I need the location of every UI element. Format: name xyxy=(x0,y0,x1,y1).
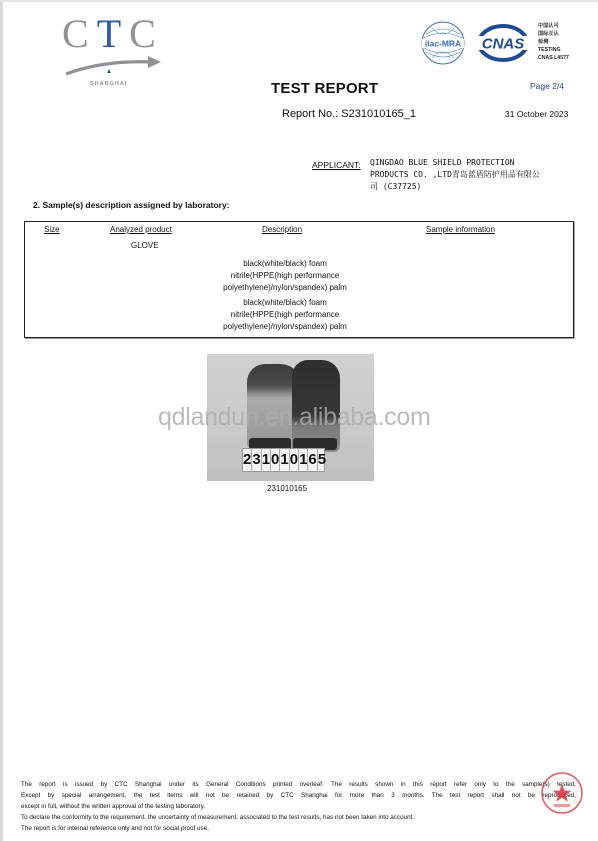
watermark: qdlandun.en.alibaba.com xyxy=(158,403,430,432)
ilac-mra-logo: ilac-MRA xyxy=(420,20,466,66)
description-entry: black(white/black) foam nitrile(HPPE(hig… xyxy=(185,297,385,334)
photo-caption: 231010165 xyxy=(267,484,307,493)
ctc-logo: CTC SHANGHAI xyxy=(60,12,165,78)
page-number: Page 2/4 xyxy=(530,81,564,91)
accreditation-text: 中国认可 国际互认 检测 TESTING CNAS L4577 xyxy=(538,22,569,62)
column-header-sample-info: Sample information xyxy=(426,225,495,234)
section-heading: 2. Sample(s) description assigned by lab… xyxy=(33,200,230,210)
column-header-description: Description xyxy=(262,225,302,234)
official-stamp-icon xyxy=(540,771,584,815)
analyzed-product: GLOVE xyxy=(131,241,159,250)
report-number: Report No.: S231010165_1 xyxy=(282,108,416,120)
page-edge xyxy=(0,0,3,841)
column-header-size: Size xyxy=(44,225,60,234)
arrow-icon xyxy=(64,52,164,78)
report-title: TEST REPORT xyxy=(271,80,378,97)
page-top-edge xyxy=(0,0,598,2)
svg-text:ilac-MRA: ilac-MRA xyxy=(425,39,461,49)
report-date: 31 October 2023 xyxy=(505,109,568,119)
description-entry: black(white/black) foam nitrile(HPPE(hig… xyxy=(185,258,385,295)
logo-city: SHANGHAI xyxy=(90,81,127,87)
cnas-logo: CNAS xyxy=(476,24,530,62)
footer-disclaimer: The report is issued by CTC Shanghai und… xyxy=(21,779,576,834)
applicant-value: QINGDAO BLUE SHIELD PROTECTION PRODUCTS … xyxy=(370,157,575,193)
ctc-letters: CTC xyxy=(62,12,164,56)
applicant-label: APPLICANT: xyxy=(312,160,361,170)
svg-text:CNAS: CNAS xyxy=(482,36,525,53)
column-header-product: Analyzed product xyxy=(110,225,172,234)
sample-table: Size Analyzed product Description Sample… xyxy=(24,221,574,338)
sample-number-card: 2 3 1 0 1 0 1 6 5 xyxy=(242,448,325,472)
